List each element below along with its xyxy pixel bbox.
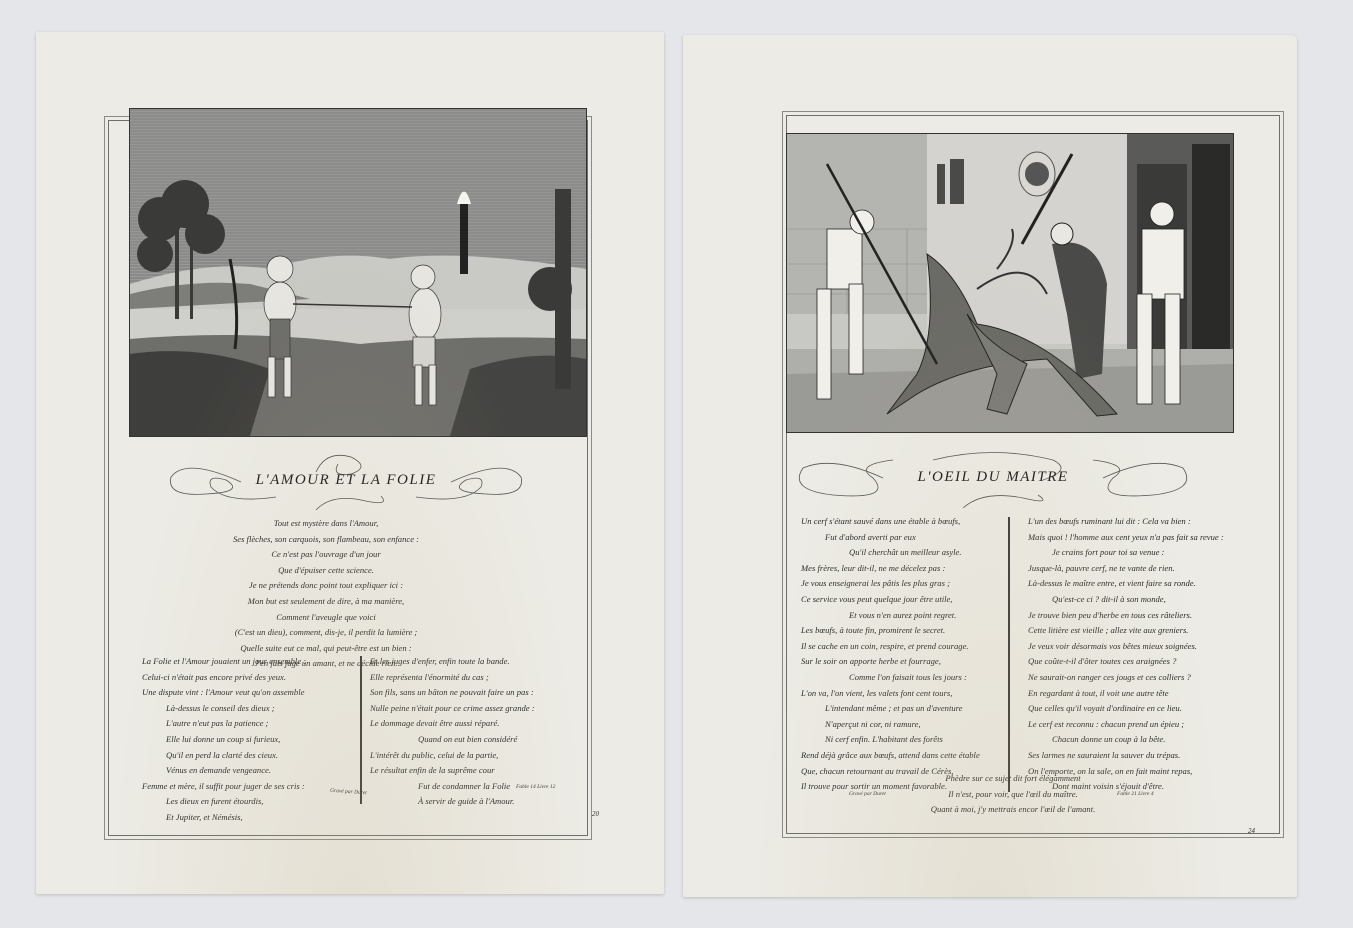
verse-line: Rend déjà grâce aux bœufs, attend dans c… bbox=[801, 748, 980, 764]
print-sheet-right: L'OEIL DU MAITRE Un cerf s'étant sauvé d… bbox=[683, 35, 1297, 897]
engraving-amour-folie bbox=[129, 108, 587, 437]
verse-line: Je veux voir désormais vos bêtes mieux s… bbox=[1028, 639, 1224, 655]
verse-line: L'intérêt du public, celui de la partie, bbox=[370, 748, 535, 764]
verse-line: Ni cerf enfin. L'habitant des forêts bbox=[801, 732, 980, 748]
verse-line: Que coûte-t-il d'ôter toutes ces araigné… bbox=[1028, 654, 1224, 670]
verse-line: Femme et mère, il suffit pour juger de s… bbox=[142, 779, 306, 795]
verse-line: Je crains fort pour toi sa venue : bbox=[1028, 545, 1224, 561]
verse-line: Et Jupiter, et Némésis, bbox=[142, 810, 306, 826]
verse-line: Sur le soir on apporte herbe et fourrage… bbox=[801, 654, 980, 670]
verse-line: Cette litière est vieille ; allez vite a… bbox=[1028, 623, 1224, 639]
verse-line: Qu'est-ce ci ? dit-il à son monde, bbox=[1028, 592, 1224, 608]
poem-column-left: La Folie et l'Amour jouaient un jour ens… bbox=[142, 654, 306, 826]
verse-line: Et vous n'en aurez point regret. bbox=[801, 608, 980, 624]
verse-line: Qu'il en perd la clarté des cieux. bbox=[142, 748, 306, 764]
engraving-illustration bbox=[787, 134, 1233, 432]
verse-line: Son fils, sans un bâton ne pouvait faire… bbox=[370, 685, 535, 701]
engraving-oeil-du-maitre bbox=[786, 133, 1234, 433]
poem-column-left: Un cerf s'étant sauvé dans une étable à … bbox=[801, 514, 980, 795]
verse-line: Une dispute vint : l'Amour veut qu'on as… bbox=[142, 685, 306, 701]
verse-line: Comme l'on faisait tous les jours : bbox=[801, 670, 980, 686]
verse-line: Je trouve bien peu d'herbe en tous ces r… bbox=[1028, 608, 1224, 624]
engraver-credit: Gravé par Duret bbox=[849, 791, 886, 797]
verse-line: Vénus en demande vengeance. bbox=[142, 763, 306, 779]
verse-line: Fut de condamner la Folie bbox=[370, 779, 535, 795]
poem-column-right: Et les juges d'enfer, enfin toute la ban… bbox=[370, 654, 535, 810]
verse-line: Un cerf s'étant sauvé dans une étable à … bbox=[801, 514, 980, 530]
verse-line: Quant à moi, j'y mettrais encor l'œil de… bbox=[813, 802, 1213, 818]
title-cartouche-right: L'OEIL DU MAITRE bbox=[793, 450, 1193, 508]
verse-line: Je vous enseignerai les pâtis les plus g… bbox=[801, 576, 980, 592]
verse-line: Le cerf est reconnu : chacun prend un ép… bbox=[1028, 717, 1224, 733]
verse-line: Qu'il cherchât un meilleur asyle. bbox=[801, 545, 980, 561]
verse-line: Mais quoi ! l'homme aux cent yeux n'a pa… bbox=[1028, 530, 1224, 546]
verse-line: Chacun donne un coup à la bête. bbox=[1028, 732, 1224, 748]
verse-line: Jusque-là, pauvre cerf, ne te vante de r… bbox=[1028, 561, 1224, 577]
verse-line: Le dommage devait être aussi réparé. bbox=[370, 716, 535, 732]
verse-line: La Folie et l'Amour jouaient un jour ens… bbox=[142, 654, 306, 670]
verse-line: Fut d'abord averti par eux bbox=[801, 530, 980, 546]
page-number: 20 bbox=[592, 810, 599, 818]
print-sheet-left: L'AMOUR ET LA FOLIE Tout est mystère dan… bbox=[36, 32, 664, 894]
verse-line: Nulle peine n'était pour ce crime assez … bbox=[370, 701, 535, 717]
fable-title: L'AMOUR ET LA FOLIE bbox=[166, 472, 526, 489]
verse-line: Elle lui donne un coup si furieux, bbox=[142, 732, 306, 748]
verse-line: Ce service vous peut quelque jour être u… bbox=[801, 592, 980, 608]
verse-line: Ce n'est pas l'ouvrage d'un jour bbox=[136, 547, 516, 563]
verse-line: Mon but est seulement de dire, à ma mani… bbox=[136, 594, 516, 610]
verse-line: Et les juges d'enfer, enfin toute la ban… bbox=[370, 654, 535, 670]
engraving-illustration bbox=[130, 109, 586, 436]
verse-line: Comment l'aveugle que voici bbox=[136, 610, 516, 626]
verse-line: Il se cache en un coin, respire, et pren… bbox=[801, 639, 980, 655]
poem-intro: Tout est mystère dans l'Amour, Ses flèch… bbox=[136, 516, 516, 672]
verse-line: Phèdre sur ce sujet dit fort élégamment bbox=[813, 771, 1213, 787]
verse-line: Que celles qu'il voyait d'ordinaire en c… bbox=[1028, 701, 1224, 717]
verse-line: (C'est un dieu), comment, dis-je, il per… bbox=[136, 625, 516, 641]
verse-line: Les bœufs, à toute fin, promirent le sec… bbox=[801, 623, 980, 639]
verse-line: Ne saurait-on ranger ces jougs et ces co… bbox=[1028, 670, 1224, 686]
verse-line: Quand on eut bien considéré bbox=[370, 732, 535, 748]
verse-line: À servir de guide à l'Amour. bbox=[370, 794, 535, 810]
verse-line: Elle représenta l'énormité du cas ; bbox=[370, 670, 535, 686]
page-number: 24 bbox=[1248, 827, 1255, 835]
fable-reference: Fable 21 Livre 4 bbox=[1117, 791, 1154, 797]
verse-line: Le résultat enfin de la suprême cour bbox=[370, 763, 535, 779]
fable-reference: Fable 14 Livre 12 bbox=[516, 784, 555, 790]
verse-line: Là-dessus le maître entre, et vient fair… bbox=[1028, 576, 1224, 592]
verse-line: Les dieux en furent étourdis, bbox=[142, 794, 306, 810]
verse-line: Ses flèches, son carquois, son flambeau,… bbox=[136, 532, 516, 548]
verse-line: Celui-ci n'était pas encore privé des ye… bbox=[142, 670, 306, 686]
verse-line: Mes frères, leur dit-il, ne me décelez p… bbox=[801, 561, 980, 577]
verse-line: Tout est mystère dans l'Amour, bbox=[136, 516, 516, 532]
poem-column-right: L'un des bœufs ruminant lui dit : Cela v… bbox=[1028, 514, 1224, 795]
verse-line: Je ne prétends donc point tout expliquer… bbox=[136, 578, 516, 594]
verse-line: L'intendant même ; et pas un d'aventure bbox=[801, 701, 980, 717]
verse-line: L'un des bœufs ruminant lui dit : Cela v… bbox=[1028, 514, 1224, 530]
verse-line: Ses larmes ne sauraient la sauver du tré… bbox=[1028, 748, 1224, 764]
verse-line: L'on va, l'on vient, les valets font cen… bbox=[801, 686, 980, 702]
verse-line: En regardant à tout, il voit une autre t… bbox=[1028, 686, 1224, 702]
column-divider bbox=[360, 656, 362, 804]
verse-line: Que d'épuiser cette science. bbox=[136, 563, 516, 579]
fable-title: L'OEIL DU MAITRE bbox=[793, 469, 1193, 486]
column-divider bbox=[1008, 517, 1010, 792]
verse-line: L'autre n'eut pas la patience ; bbox=[142, 716, 306, 732]
verse-line: Là-dessus le conseil des dieux ; bbox=[142, 701, 306, 717]
verse-line: N'aperçut ni cor, ni ramure, bbox=[801, 717, 980, 733]
title-cartouche-left: L'AMOUR ET LA FOLIE bbox=[166, 452, 526, 512]
